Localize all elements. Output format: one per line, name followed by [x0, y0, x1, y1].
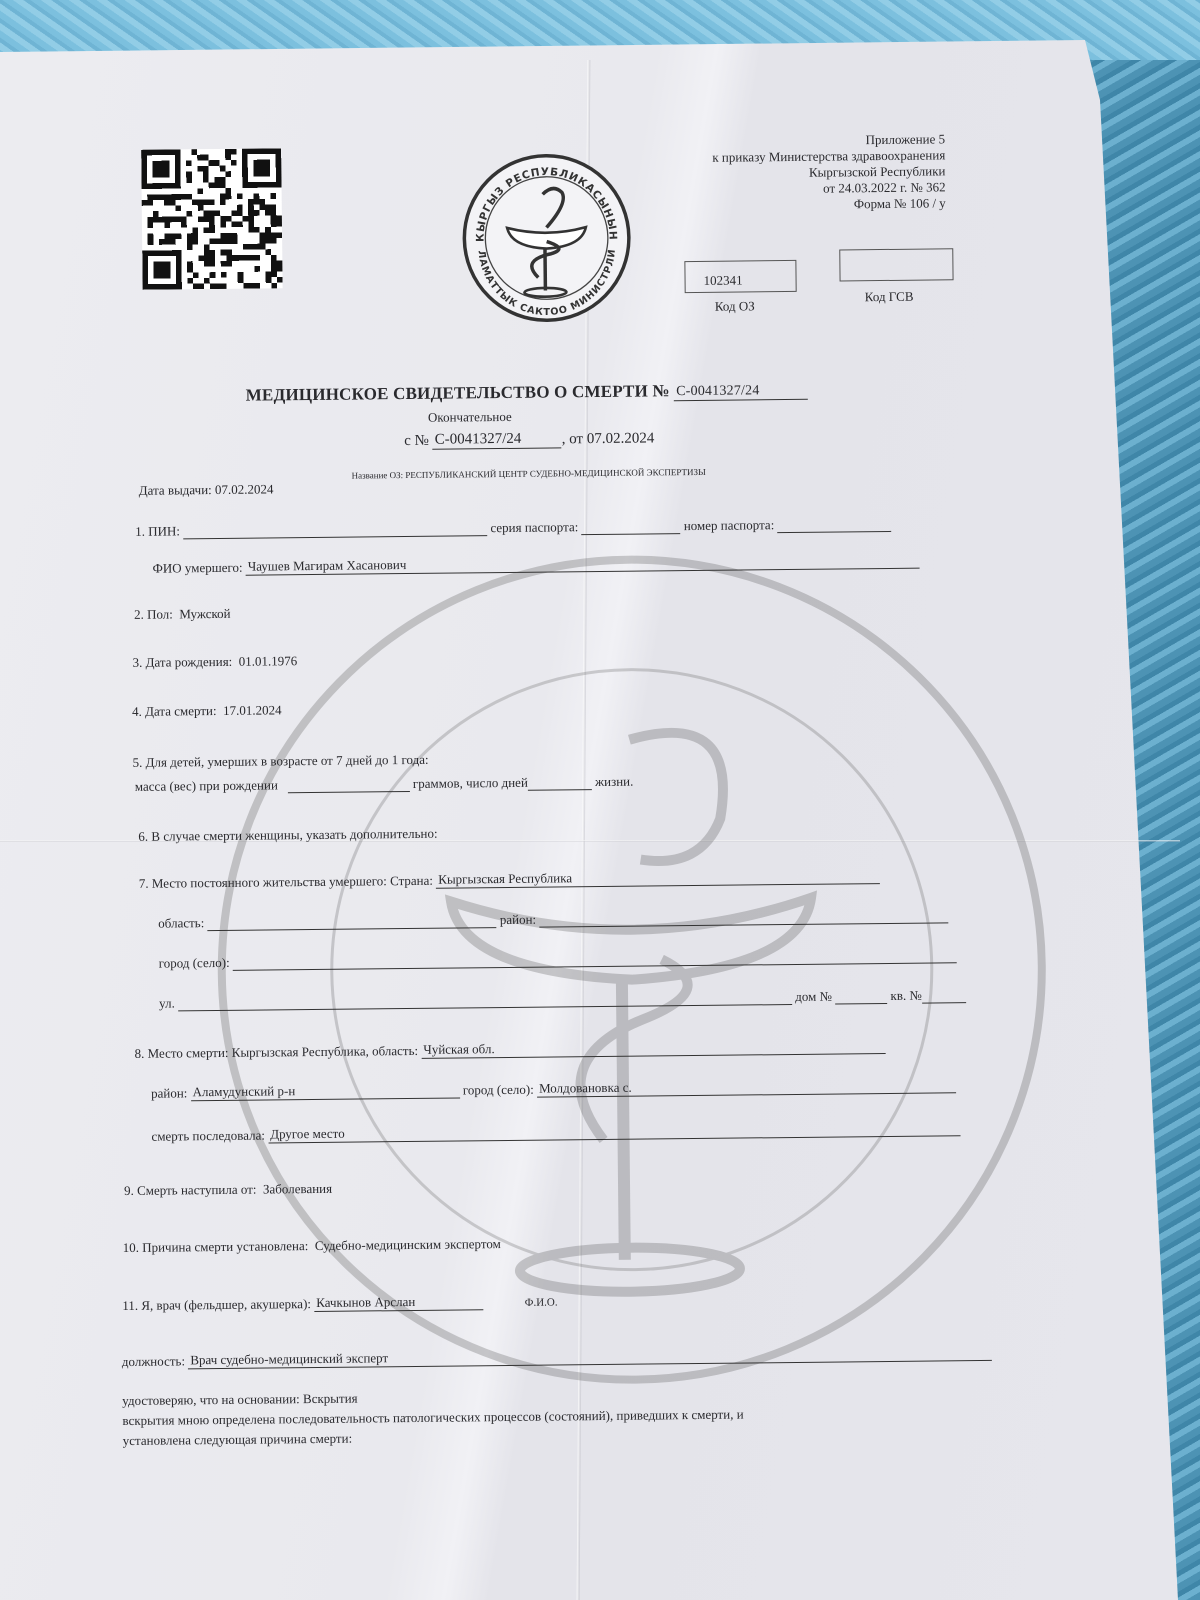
- grams-label: граммов, число дней: [413, 775, 528, 791]
- sex-value: Мужской: [179, 606, 230, 622]
- house-label: дом №: [795, 989, 832, 1004]
- from-number: С-0041327/24: [433, 430, 562, 449]
- position-row: должность: Врач судебно-медицинский эксп…: [122, 1344, 993, 1370]
- certificate-date: 07.02.2024: [587, 430, 655, 447]
- sex-row: 2. Пол: Мужской: [134, 606, 231, 623]
- mass-field[interactable]: [288, 775, 410, 793]
- issue-date-value: 07.02.2024: [215, 481, 274, 497]
- position-field[interactable]: Врач судебно-медицинский эксперт: [188, 1344, 992, 1369]
- doctor-field[interactable]: Качкынов Арслан: [314, 1293, 483, 1312]
- issue-date: Дата выдачи: 07.02.2024: [139, 481, 274, 498]
- oblast-label: область:: [158, 915, 204, 930]
- cause-from-row: 9. Смерть наступила от: Заболевания: [124, 1181, 332, 1199]
- residence-country-field[interactable]: Кыргызская Республика: [436, 867, 880, 889]
- occurred-field[interactable]: Другое место: [268, 1119, 960, 1143]
- place-label: 8. Место смерти: Кыргызская Республика, …: [135, 1043, 419, 1061]
- annex-line: Форма № 106 / у: [713, 195, 946, 213]
- rayon-label: район:: [500, 912, 536, 927]
- place-rayon-row: район: Аламудунский р-н город (село): Мо…: [151, 1076, 956, 1101]
- place-rayon-label: район:: [151, 1085, 187, 1100]
- organization-name: Название ОЗ: РЕСПУБЛИКАНСКИЙ ЦЕНТР СУДЕБ…: [352, 467, 706, 481]
- doctor-label: 11. Я, врач (фельдшер, акушерка):: [122, 1296, 311, 1313]
- death-date-label: 4. Дата смерти:: [132, 703, 217, 719]
- birth-row: 3. Дата рождения: 01.01.1976: [132, 653, 297, 671]
- qr-code: [141, 148, 282, 289]
- doctor-row: 11. Я, врач (фельдшер, акушерка): Качкын…: [122, 1292, 557, 1314]
- cause-from-label: 9. Смерть наступила от:: [124, 1182, 257, 1198]
- place-row: 8. Место смерти: Кыргызская Республика, …: [135, 1037, 886, 1062]
- fio-field[interactable]: Чаушев Магирам Хасанович: [246, 552, 920, 576]
- certificate-status: Окончательное: [428, 409, 512, 426]
- woman-label: 6. В случае смерти женщины, указать допо…: [138, 826, 437, 845]
- rayon-field[interactable]: [539, 906, 948, 927]
- ministry-seal-icon: КЫРГЫЗ РЕСПУБЛИКАСЫНЫН САЛАМАТТЫК САКТОО…: [458, 150, 635, 327]
- oz-code-label: Код ОЗ: [715, 298, 755, 314]
- position-label: должность:: [122, 1353, 185, 1369]
- occurred-label: смерть последовала:: [151, 1128, 265, 1144]
- title-text: МЕДИЦИНСКОЕ СВИДЕТЕЛЬСТВО О СМЕРТИ №: [246, 381, 670, 404]
- pin-field[interactable]: [183, 519, 487, 539]
- certificate-title: МЕДИЦИНСКОЕ СВИДЕТЕЛЬСТВО О СМЕРТИ № С-0…: [246, 380, 809, 406]
- issue-date-label: Дата выдачи:: [139, 482, 212, 498]
- certificate-number: С-0041327/24: [674, 383, 808, 401]
- pin-label: 1. ПИН:: [135, 523, 180, 538]
- from-label: с №: [404, 433, 429, 449]
- passport-series-label: серия паспорта:: [490, 519, 578, 535]
- life-label: жизни.: [595, 774, 633, 789]
- sex-label: 2. Пол:: [134, 606, 173, 621]
- death-date-row: 4. Дата смерти: 17.01.2024: [132, 702, 282, 720]
- oz-code-box[interactable]: 102341: [684, 260, 796, 293]
- established-row: 10. Причина смерти установлена: Судебно-…: [123, 1236, 501, 1256]
- cause-from-value: Заболевания: [263, 1181, 332, 1197]
- established-label: 10. Причина смерти установлена:: [123, 1238, 309, 1255]
- street-label: ул.: [159, 995, 175, 1010]
- basis-block: удостоверяю, что на основании: Вскрытия …: [122, 1385, 744, 1452]
- residence-row: 7. Место постоянного жительства умершего…: [139, 867, 881, 892]
- birth-value: 01.01.1976: [239, 653, 298, 669]
- residence-label: 7. Место постоянного жительства умершего…: [139, 873, 433, 891]
- gsv-code-box[interactable]: [839, 248, 953, 281]
- occurred-row: смерть последовала: Другое место: [151, 1119, 960, 1144]
- passport-number-label: номер паспорта:: [684, 517, 775, 533]
- place-city-field[interactable]: Молдовановка с.: [537, 1076, 956, 1097]
- previous-certificate: с № С-0041327/24, от 07.02.2024: [404, 429, 654, 450]
- fio-label: ФИО умершего:: [152, 560, 242, 576]
- mass-row: масса (вес) при рождении граммов, число …: [135, 773, 634, 795]
- oblast-field[interactable]: [207, 911, 496, 931]
- place-city-label: город (село):: [463, 1082, 534, 1098]
- pin-row: 1. ПИН: серия паспорта: номер паспорта:: [135, 515, 892, 540]
- gsv-code-label: Код ГСВ: [865, 289, 914, 306]
- city-label: город (село):: [159, 955, 230, 971]
- passport-number-field[interactable]: [777, 515, 891, 533]
- certificate-content: КЫРГЫЗ РЕСПУБЛИКАСЫНЫН САЛАМАТТЫК САКТОО…: [0, 0, 1200, 1600]
- house-field[interactable]: [835, 987, 887, 1005]
- street-row: ул. дом № кв. №: [159, 986, 966, 1011]
- place-rayon-field[interactable]: Аламудунский р-н: [191, 1081, 460, 1101]
- established-value: Судебно-медицинским экспертом: [315, 1236, 501, 1253]
- passport-series-field[interactable]: [581, 517, 680, 535]
- city-row: город (село):: [159, 946, 957, 971]
- oz-code-value: 102341: [703, 272, 742, 288]
- annex-block: Приложение 5 к приказу Министерства здра…: [712, 131, 946, 213]
- days-field[interactable]: [528, 773, 592, 791]
- fio-row: ФИО умершего: Чаушев Магирам Хасанович: [152, 552, 919, 577]
- death-date-value: 17.01.2024: [223, 702, 282, 718]
- children-label: 5. Для детей, умерших в возрасте от 7 дн…: [133, 752, 429, 771]
- street-field[interactable]: [178, 988, 792, 1011]
- flat-label: кв. №: [890, 988, 922, 1003]
- birth-label: 3. Дата рождения:: [132, 654, 232, 670]
- oblast-row: область: район:: [158, 906, 948, 931]
- place-oblast-field[interactable]: Чуйская обл.: [421, 1037, 885, 1059]
- fio-hint: Ф.И.О.: [525, 1296, 558, 1308]
- flat-field[interactable]: [922, 986, 966, 1003]
- date-label: , от: [562, 431, 584, 447]
- city-field[interactable]: [233, 946, 957, 971]
- mass-label: масса (вес) при рождении: [135, 777, 278, 793]
